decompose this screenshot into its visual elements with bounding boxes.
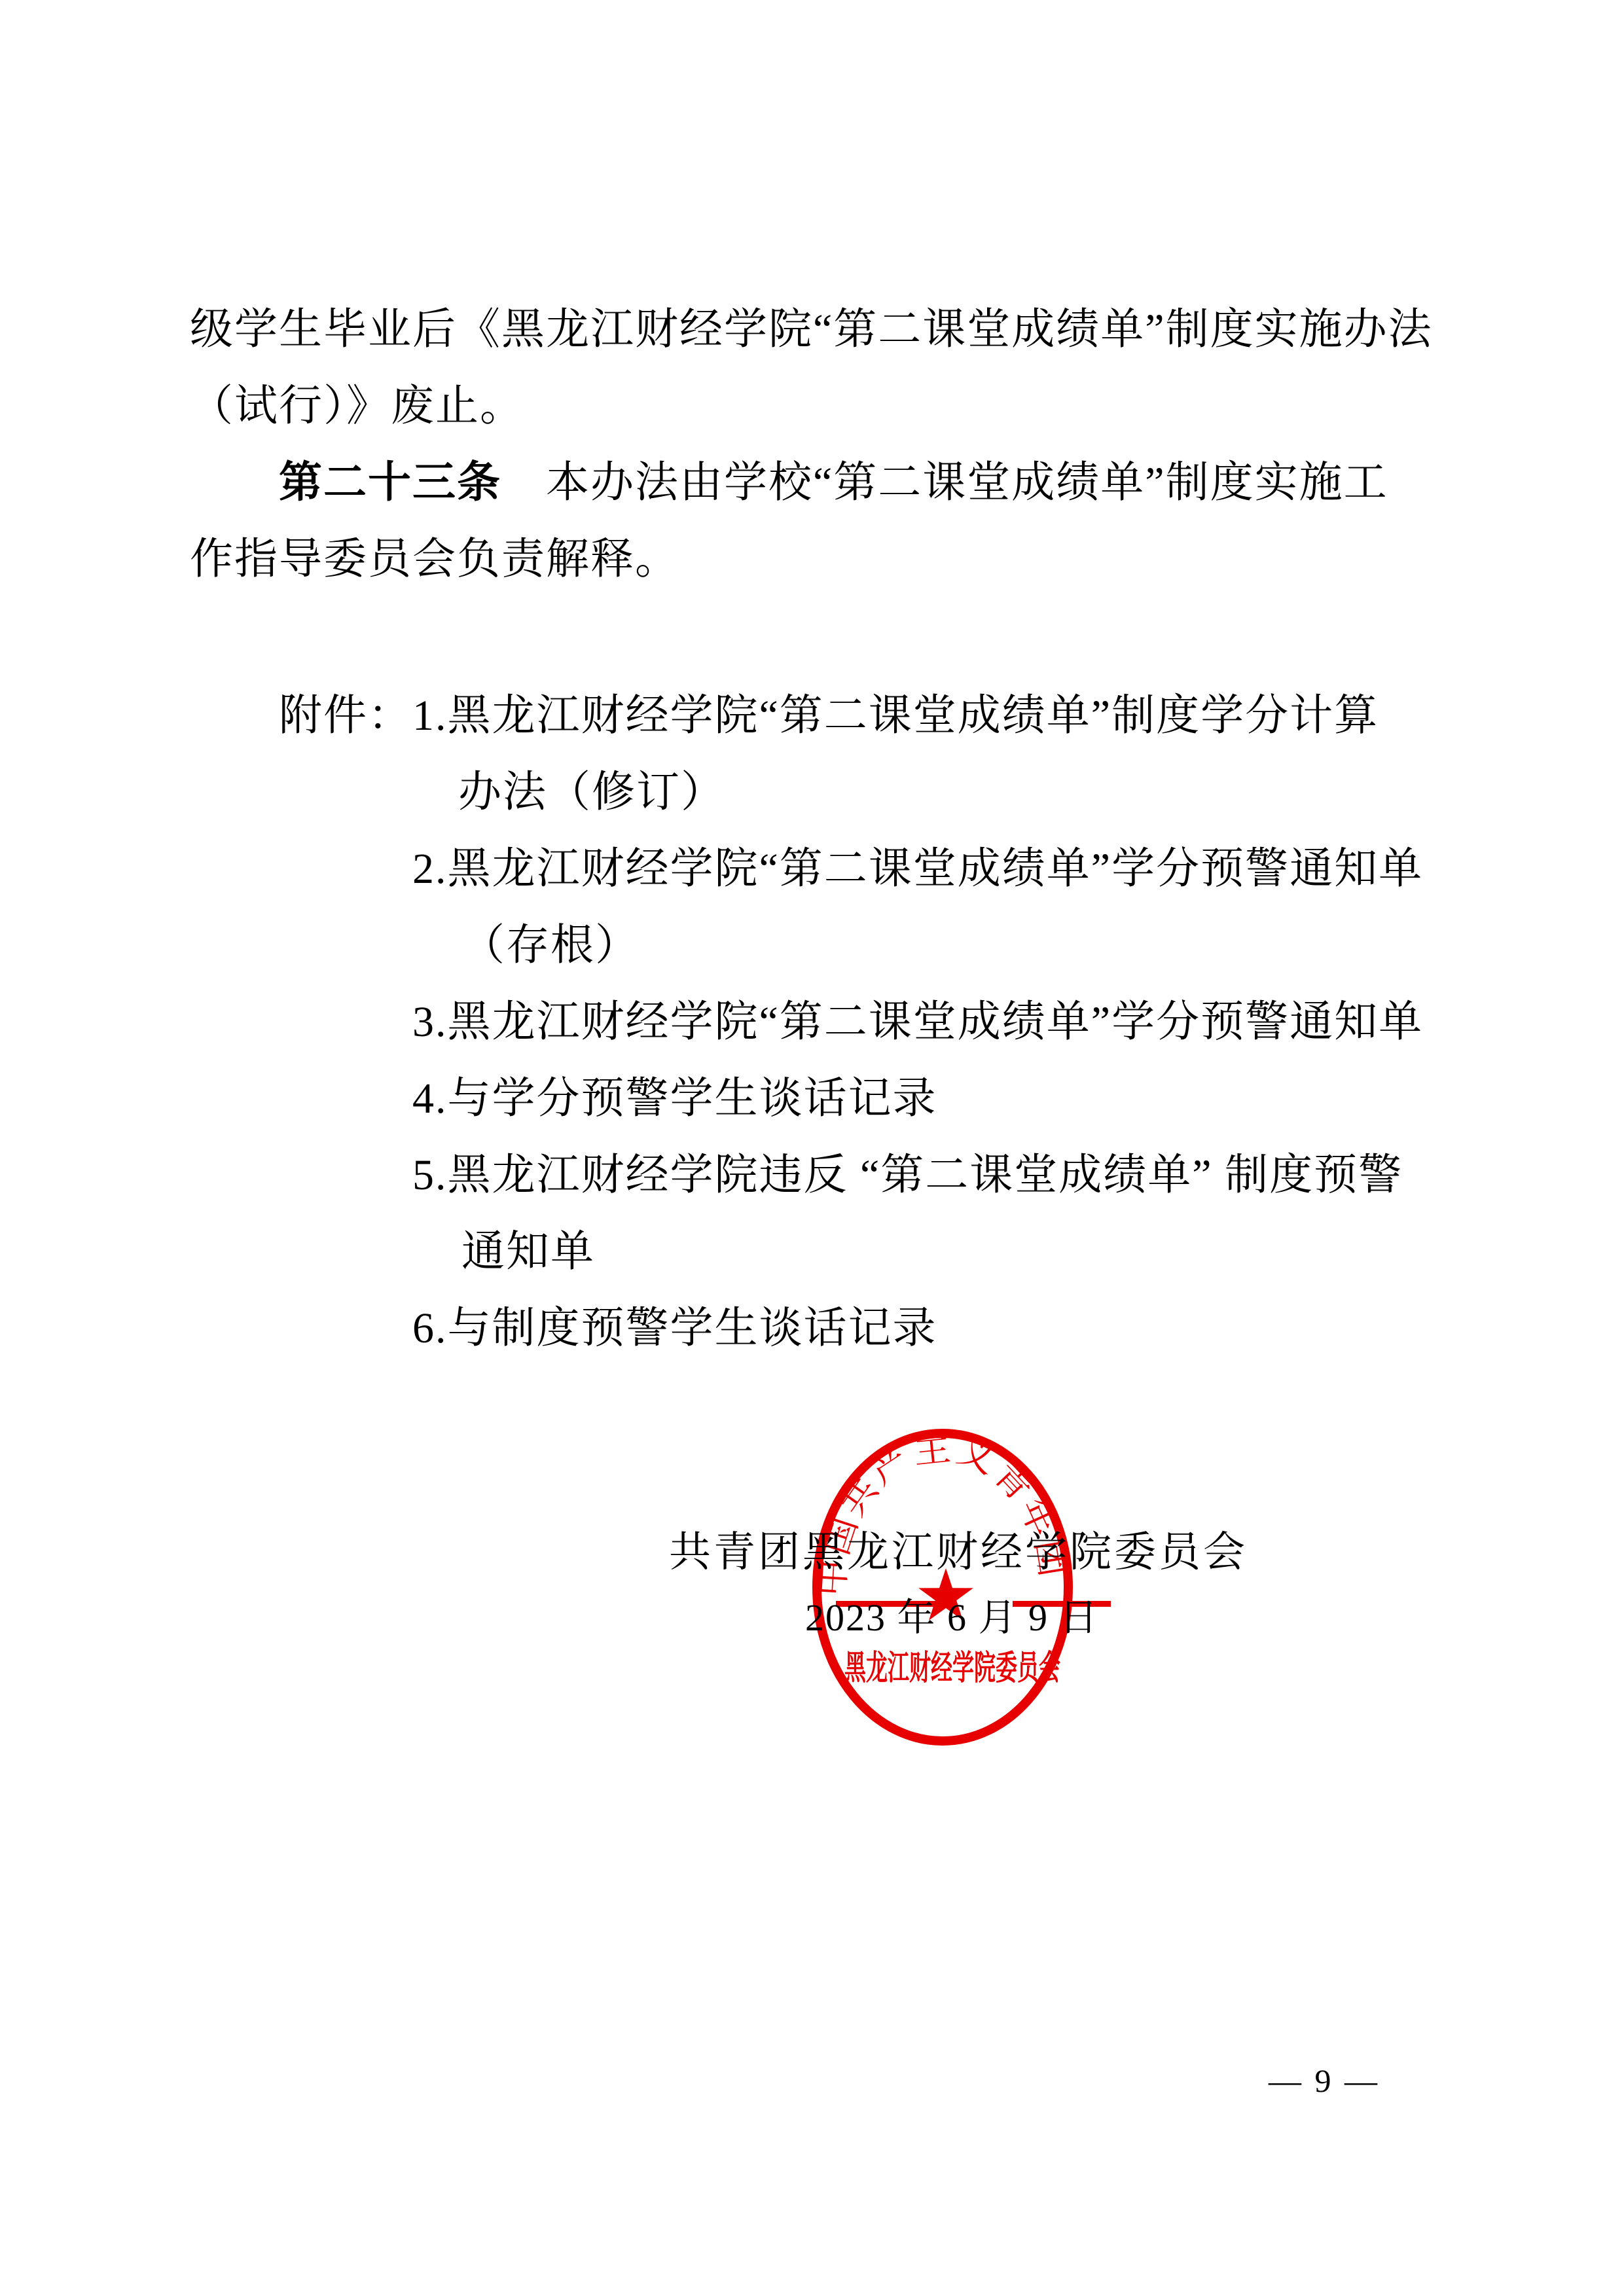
page-number: — 9 — — [1269, 2062, 1380, 2100]
attachment-item-5-cont: 通知单 — [461, 1229, 595, 1276]
seal-arc-text: 中国共产主义青年团 — [812, 1427, 1074, 1597]
attachment-item-2-cont: （存根） — [461, 922, 640, 969]
attachment-heading: 附件：1.黑龙江财经学院“第二课堂成绩单”制度学分计算 — [279, 692, 1379, 740]
paragraph-line: 第二十三条 本办法由学校“第二课堂成绩单”制度实施工 — [279, 459, 1388, 507]
document-page: 级学生毕业后《黑龙江财经学院“第二课堂成绩单”制度实施办法 （试行）》废止。 第… — [0, 0, 1624, 2296]
article-text: 本办法由学校“第二课堂成绩单”制度实施工 — [501, 459, 1388, 507]
seal-bottom-text: 黑龙江财经学院委员会 — [844, 1649, 1060, 1687]
star-icon — [918, 1568, 973, 1621]
attachment-item-3: 3.黑龙江财经学院“第二课堂成绩单”学分预警通知单 — [412, 999, 1423, 1046]
attachment-label: 附件： — [279, 692, 412, 740]
attachment-item-5: 5.黑龙江财经学院违反 “第二课堂成绩单” 制度预警 — [412, 1152, 1403, 1199]
official-seal: 中国共产主义青年团 黑龙江财经学院委员会 — [779, 1401, 1119, 1767]
attachment-item-1-cont: 办法（修订） — [458, 769, 725, 816]
paragraph-line: 作指导委员会负责解释。 — [190, 536, 679, 583]
paragraph-line: 级学生毕业后《黑龙江财经学院“第二课堂成绩单”制度实施办法 — [190, 306, 1433, 353]
seal-right-bar — [1013, 1601, 1111, 1607]
article-number: 第二十三条 — [279, 459, 501, 507]
attachment-item-2: 2.黑龙江财经学院“第二课堂成绩单”学分预警通知单 — [412, 846, 1423, 893]
attachment-item-1: 1.黑龙江财经学院“第二课堂成绩单”制度学分计算 — [412, 692, 1379, 740]
attachment-item-6: 6.与制度预警学生谈话记录 — [412, 1305, 937, 1352]
seal-left-bar — [836, 1601, 944, 1607]
attachment-item-4: 4.与学分预警学生谈话记录 — [412, 1075, 937, 1122]
seal-arc-text-container: 中国共产主义青年团 — [812, 1427, 1074, 1597]
paragraph-line: （试行）》废止。 — [190, 383, 524, 430]
